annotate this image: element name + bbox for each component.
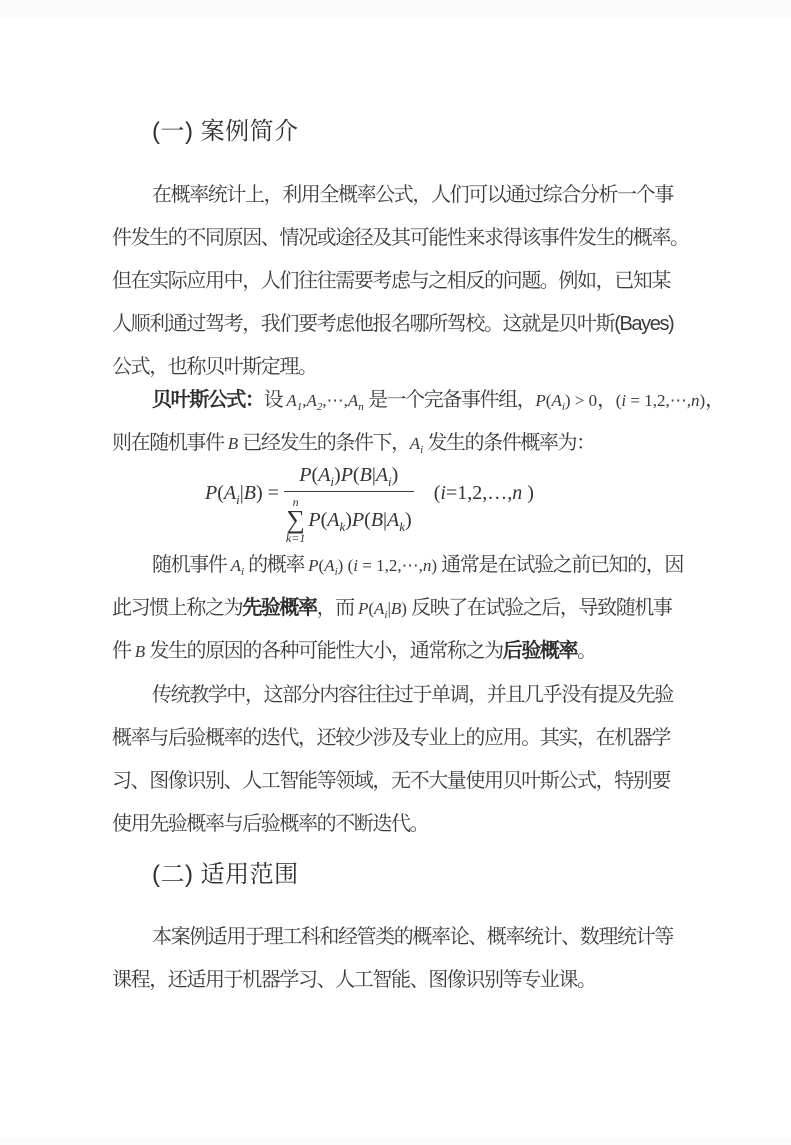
text-line: 此习惯上称之为先验概率，而 P(Ai|B) 反映了在试验之后，导致随机事: [112, 587, 680, 630]
text-line: 件 B 发生的原因的各种可能性大小，通常称之为后验概率。: [112, 630, 680, 673]
text-line: 但在实际应用中，人们往往需要考虑与之相反的问题。例如，已知某: [112, 260, 680, 303]
text-line: 习、图像识别、人工智能等领域，无不大量使用贝叶斯公式，特别要: [112, 760, 680, 803]
formula-numerator: P(Ai)P(B|Ai): [289, 464, 408, 491]
section-heading-1: (一) 案例简介: [112, 117, 712, 147]
document-page: (一) 案例简介 在概率统计上，利用全概率公式，人们可以通过综合分析一个事 件发…: [0, 0, 791, 1145]
paragraph-scope: 本案例适用于理工科和经管类的概率论、概率统计、数理统计等 课程，还适用于机器学习…: [112, 916, 680, 1002]
formula-condition: (i=1,2,…,n ): [434, 482, 534, 505]
text-line: 随机事件 Ai 的概率 P(Ai) (i = 1,2,⋯,n) 通常是在试验之前…: [112, 544, 680, 587]
paragraph-intro: 在概率统计上，利用全概率公式，人们可以通过综合分析一个事 件发生的不同原因、情况…: [112, 174, 680, 389]
text-line: 贝叶斯公式：设 A1,A2,⋯,An 是一个完备事件组，P(Ai) > 0，(i…: [112, 379, 680, 422]
text-line: 人顺利通过驾考，我们要考虑他报名哪所驾校。这就是贝叶斯(Bayes): [112, 303, 680, 346]
text-line: 课程，还适用于机器学习、人工智能、图像识别等专业课。: [112, 959, 680, 1002]
text-line: 本案例适用于理工科和经管类的概率论、概率统计、数理统计等: [112, 916, 680, 959]
summation-symbol: n ∑ k=1: [286, 496, 305, 544]
text-line: 使用先验概率与后验概率的不断迭代。: [112, 803, 680, 846]
bayes-formula: P(Ai|B) = P(Ai)P(B|Ai) n ∑ k=1 P(Ak)P(B|…: [205, 464, 534, 544]
text-line: 概率与后验概率的迭代，还较少涉及专业上的应用。其实，在机器学: [112, 717, 680, 760]
paragraph-teaching: 传统教学中，这部分内容往往过于单调，并且几乎没有提及先验 概率与后验概率的迭代，…: [112, 674, 680, 846]
paragraph-bayes-definition: 贝叶斯公式：设 A1,A2,⋯,An 是一个完备事件组，P(Ai) > 0，(i…: [112, 379, 680, 465]
formula-left-side: P(Ai|B) =: [205, 482, 279, 505]
page-edge-bottom: [0, 1138, 791, 1145]
formula-denominator-terms: P(Ak)P(B|Ak): [308, 509, 411, 532]
paragraph-prior-posterior: 随机事件 Ai 的概率 P(Ai) (i = 1,2,⋯,n) 通常是在试验之前…: [112, 544, 680, 673]
section-heading-2: (二) 适用范围: [112, 860, 712, 890]
sigma-icon: ∑: [286, 508, 305, 532]
text-line: 件发生的不同原因、情况或途径及其可能性来求得该事件发生的概率。: [112, 217, 680, 260]
page-edge-top: [0, 0, 791, 17]
text-line: 则在随机事件 B 已经发生的条件下，Ai 发生的条件概率为：: [112, 422, 680, 465]
formula-fraction: P(Ai)P(B|Ai) n ∑ k=1 P(Ak)P(B|Ak): [284, 464, 414, 544]
formula-denominator: n ∑ k=1 P(Ak)P(B|Ak): [284, 491, 414, 544]
summation-lower-limit: k=1: [286, 532, 305, 544]
text-line: 在概率统计上，利用全概率公式，人们可以通过综合分析一个事: [112, 174, 680, 217]
text-line: 传统教学中，这部分内容往往过于单调，并且几乎没有提及先验: [112, 674, 680, 717]
